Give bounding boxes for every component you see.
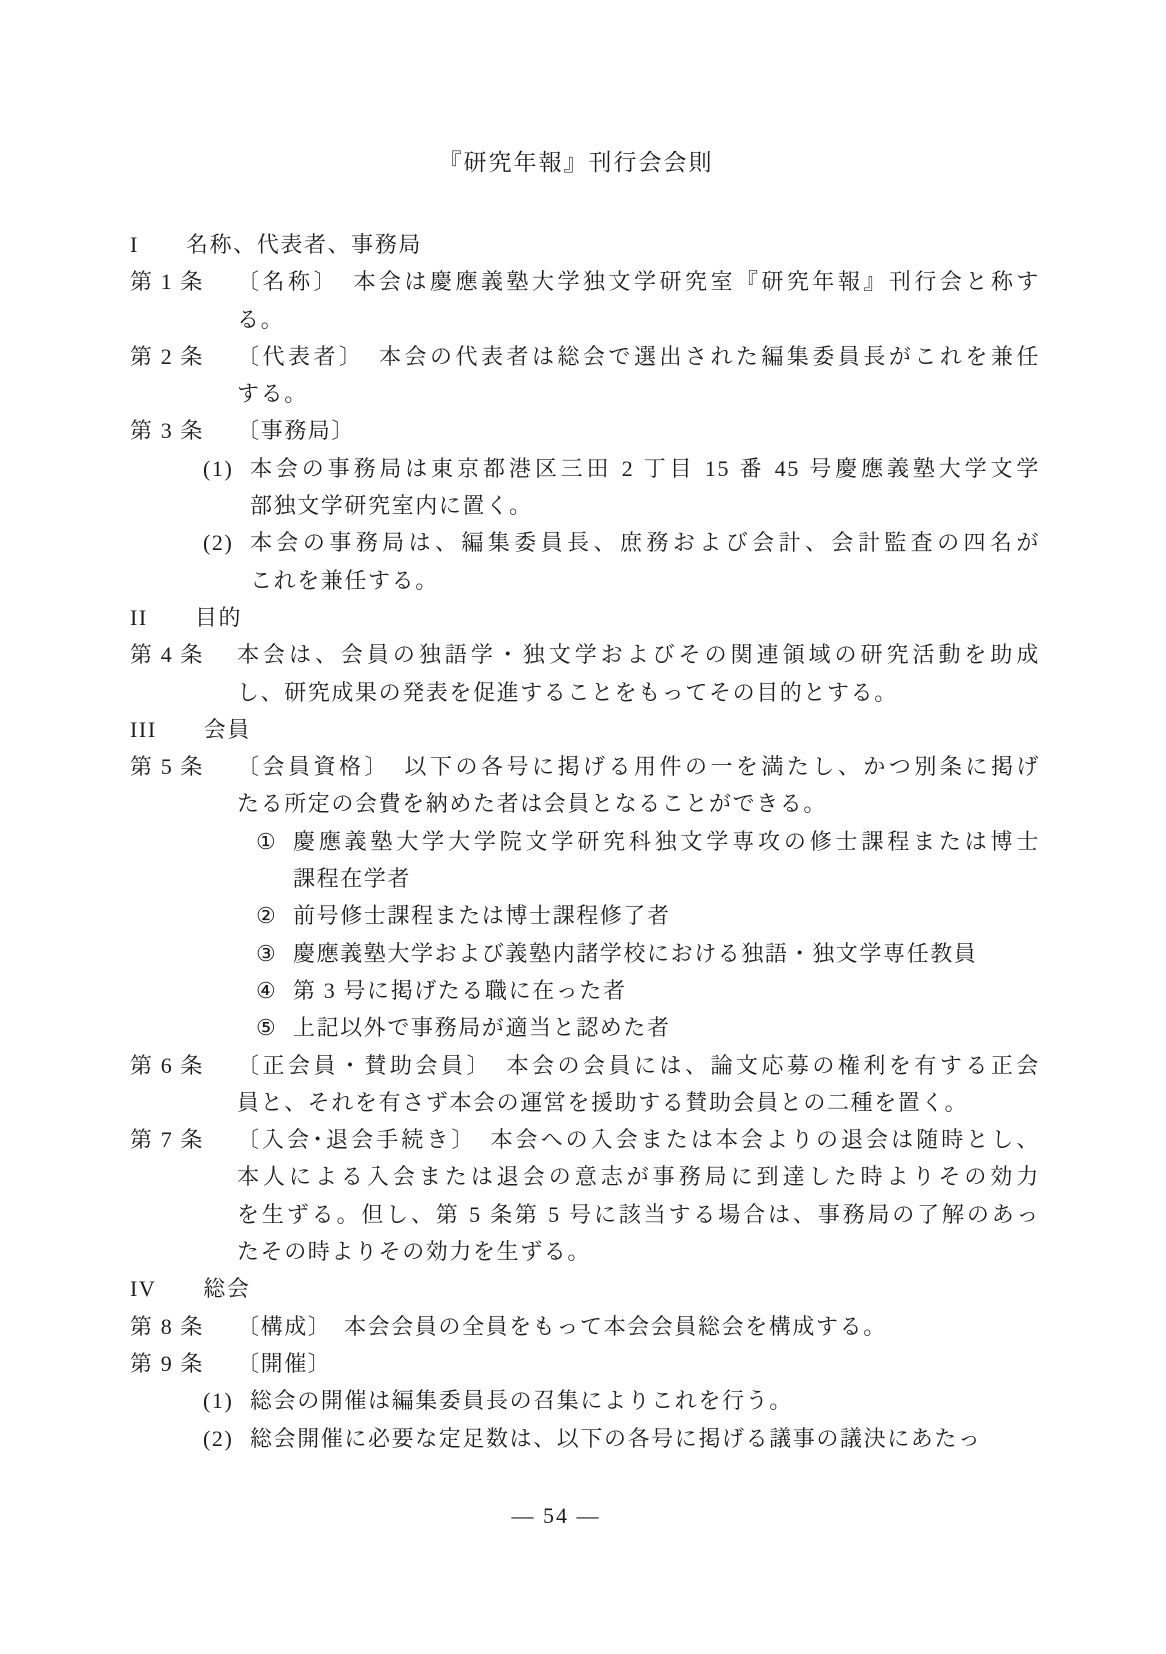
text-line: 本会は、会員の独語学・独文学およびその関連領域の研究活動を助成 xyxy=(237,636,1040,673)
article-number: 第 1 条 xyxy=(130,263,237,300)
document-page: 『研究年報』刊行会会則 I名称、代表者、事務局第 1 条〔名称〕 本会は慶應義塾… xyxy=(0,0,1166,1654)
text-line: 〔代表者〕 本会の代表者は総会で選出された編集委員長がこれを兼任 xyxy=(237,338,1040,375)
text-line: 総会の開催は編集委員長の召集によりこれを行う。 xyxy=(250,1382,1040,1419)
paragraph: 上記以外で事務局が適当と認めた者 xyxy=(293,1009,1040,1046)
circled-item-row: ⑤上記以外で事務局が適当と認めた者 xyxy=(256,1009,1040,1046)
section-row: III会員 xyxy=(130,711,1040,748)
section-row: IV総会 xyxy=(130,1270,1040,1307)
article-number: 第 6 条 xyxy=(130,1047,237,1084)
numbered-item-row: (1)本会の事務局は東京都港区三田 2 丁目 15 番 45 号慶應義塾大学文学… xyxy=(203,450,1040,525)
item-number: (2) xyxy=(203,1420,250,1457)
text-line: 慶應義塾大学大学院文学研究科独文学専攻の修士課程または博士 xyxy=(293,823,1040,860)
section-row: I名称、代表者、事務局 xyxy=(130,226,1040,263)
paragraph: 慶應義塾大学大学院文学研究科独文学専攻の修士課程または博士課程在学者 xyxy=(293,823,1040,898)
paragraph: 本会は、会員の独語学・独文学およびその関連領域の研究活動を助成し、研究成果の発表… xyxy=(237,636,1040,711)
numbered-item-row: (1)総会の開催は編集委員長の召集によりこれを行う。 xyxy=(203,1382,1040,1419)
article-number: 第 8 条 xyxy=(130,1308,237,1345)
paragraph: 〔会員資格〕 以下の各号に掲げる用件の一を満たし、かつ別条に掲げたる所定の会費を… xyxy=(237,748,1040,823)
section-numeral: III xyxy=(130,711,157,748)
text-line: 〔正会員・賛助会員〕 本会の会員には、論文応募の権利を有する正会 xyxy=(237,1047,1040,1084)
item-number: (2) xyxy=(203,524,250,561)
circled-item-number: ⑤ xyxy=(256,1009,293,1046)
circled-item-number: ① xyxy=(256,823,293,860)
circled-item-row: ①慶應義塾大学大学院文学研究科独文学専攻の修士課程または博士課程在学者 xyxy=(256,823,1040,898)
article-number: 第 3 条 xyxy=(130,412,237,449)
article-row: 第 5 条〔会員資格〕 以下の各号に掲げる用件の一を満たし、かつ別条に掲げたる所… xyxy=(130,748,1040,823)
circled-item-row: ②前号修士課程または博士課程修了者 xyxy=(256,897,1040,934)
article-number: 第 7 条 xyxy=(130,1121,237,1158)
paragraph: 〔構成〕 本会会員の全員をもって本会会員総会を構成する。 xyxy=(237,1308,1040,1345)
section-numeral: II xyxy=(130,599,148,636)
document-body: I名称、代表者、事務局第 1 条〔名称〕 本会は慶應義塾大学独文学研究室『研究年… xyxy=(0,0,1166,1457)
article-number: 第 4 条 xyxy=(130,636,237,673)
circled-item-row: ③慶應義塾大学および義塾内諸学校における独語・独文学専任教員 xyxy=(256,935,1040,972)
text-line: し、研究成果の発表を促進することをもってその目的とする。 xyxy=(237,674,1040,711)
text-line: 〔構成〕 本会会員の全員をもって本会会員総会を構成する。 xyxy=(237,1308,1040,1345)
text-line: これを兼任する。 xyxy=(250,562,1040,599)
text-line: 名称、代表者、事務局 xyxy=(186,226,422,263)
numbered-item-row: (2)本会の事務局は、編集委員長、庶務および会計、会計監査の四名がこれを兼任する… xyxy=(203,524,1040,599)
article-row: 第 7 条〔入会･退会手続き〕 本会への入会または本会よりの退会は随時とし、本人… xyxy=(130,1121,1040,1270)
paragraph: 〔事務局〕 xyxy=(237,412,1040,449)
text-line: 〔開催〕 xyxy=(237,1345,1040,1382)
text-line: する。 xyxy=(237,375,1040,412)
text-line: 目的 xyxy=(195,599,242,636)
paragraph: 慶應義塾大学および義塾内諸学校における独語・独文学専任教員 xyxy=(293,935,1040,972)
paragraph: 第 3 号に掲げたる職に在った者 xyxy=(293,972,1040,1009)
text-line: 課程在学者 xyxy=(293,860,1040,897)
article-number: 第 2 条 xyxy=(130,338,237,375)
paragraph: 〔名称〕 本会は慶應義塾大学独文学研究室『研究年報』刊行会と称する。 xyxy=(237,263,1040,338)
paragraph: 総会の開催は編集委員長の召集によりこれを行う。 xyxy=(250,1382,1040,1419)
section-heading: 名称、代表者、事務局 xyxy=(186,226,422,263)
page-number: — 54 — xyxy=(130,1503,982,1529)
numbered-item-row: (2)総会開催に必要な定足数は、以下の各号に掲げる議事の議決にあたっ xyxy=(203,1420,1040,1457)
item-number: (1) xyxy=(203,1382,250,1419)
article-number: 第 9 条 xyxy=(130,1345,237,1382)
text-line: 〔名称〕 本会は慶應義塾大学独文学研究室『研究年報』刊行会と称す xyxy=(237,263,1040,300)
article-row: 第 3 条〔事務局〕 xyxy=(130,412,1040,449)
text-line: 上記以外で事務局が適当と認めた者 xyxy=(293,1009,1040,1046)
article-row: 第 9 条〔開催〕 xyxy=(130,1345,1040,1382)
text-line: 〔事務局〕 xyxy=(237,412,1040,449)
text-line: 〔入会･退会手続き〕 本会への入会または本会よりの退会は随時とし、 xyxy=(237,1121,1040,1158)
text-line: 本会の事務局は東京都港区三田 2 丁目 15 番 45 号慶應義塾大学文学 xyxy=(250,450,1040,487)
section-heading: 総会 xyxy=(203,1270,250,1307)
paragraph: 前号修士課程または博士課程修了者 xyxy=(293,897,1040,934)
article-row: 第 8 条〔構成〕 本会会員の全員をもって本会会員総会を構成する。 xyxy=(130,1308,1040,1345)
section-numeral: IV xyxy=(130,1270,156,1307)
circled-item-number: ④ xyxy=(256,972,293,1009)
paragraph: 〔代表者〕 本会の代表者は総会で選出された編集委員長がこれを兼任する。 xyxy=(237,338,1040,413)
text-line: 総会開催に必要な定足数は、以下の各号に掲げる議事の議決にあたっ xyxy=(250,1420,1040,1457)
text-line: 〔会員資格〕 以下の各号に掲げる用件の一を満たし、かつ別条に掲げ xyxy=(237,748,1040,785)
text-line: 部独文学研究室内に置く。 xyxy=(250,487,1040,524)
text-line: 員と、それを有さず本会の運営を援助する賛助会員との二種を置く。 xyxy=(237,1084,1040,1121)
article-row: 第 4 条本会は、会員の独語学・独文学およびその関連領域の研究活動を助成し、研究… xyxy=(130,636,1040,711)
paragraph: 総会開催に必要な定足数は、以下の各号に掲げる議事の議決にあたっ xyxy=(250,1420,1040,1457)
text-line: る。 xyxy=(237,301,1040,338)
article-row: 第 1 条〔名称〕 本会は慶應義塾大学独文学研究室『研究年報』刊行会と称する。 xyxy=(130,263,1040,338)
text-line: を生ずる。但し、第 5 条第 5 号に該当する場合は、事務局の了解のあっ xyxy=(237,1196,1040,1233)
circled-item-row: ④第 3 号に掲げたる職に在った者 xyxy=(256,972,1040,1009)
section-numeral: I xyxy=(130,226,139,263)
paragraph: 〔入会･退会手続き〕 本会への入会または本会よりの退会は随時とし、本人による入会… xyxy=(237,1121,1040,1270)
text-line: 総会 xyxy=(203,1270,250,1307)
paragraph: 〔開催〕 xyxy=(237,1345,1040,1382)
article-row: 第 6 条〔正会員・賛助会員〕 本会の会員には、論文応募の権利を有する正会員と、… xyxy=(130,1047,1040,1122)
paragraph: 〔正会員・賛助会員〕 本会の会員には、論文応募の権利を有する正会員と、それを有さ… xyxy=(237,1047,1040,1122)
text-line: 第 3 号に掲げたる職に在った者 xyxy=(293,972,1040,1009)
paragraph: 本会の事務局は東京都港区三田 2 丁目 15 番 45 号慶應義塾大学文学部独文… xyxy=(250,450,1040,525)
article-row: 第 2 条〔代表者〕 本会の代表者は総会で選出された編集委員長がこれを兼任する。 xyxy=(130,338,1040,413)
circled-item-number: ③ xyxy=(256,935,293,972)
article-number: 第 5 条 xyxy=(130,748,237,785)
text-line: たその時よりその効力を生ずる。 xyxy=(237,1233,1040,1270)
paragraph: 本会の事務局は、編集委員長、庶務および会計、会計監査の四名がこれを兼任する。 xyxy=(250,524,1040,599)
section-heading: 会員 xyxy=(204,711,251,748)
section-heading: 目的 xyxy=(195,599,242,636)
item-number: (1) xyxy=(203,450,250,487)
circled-item-number: ② xyxy=(256,897,293,934)
text-line: 本会の事務局は、編集委員長、庶務および会計、会計監査の四名が xyxy=(250,524,1040,561)
section-row: II目的 xyxy=(130,599,1040,636)
text-line: たる所定の会費を納めた者は会員となることができる。 xyxy=(237,785,1040,822)
text-line: 慶應義塾大学および義塾内諸学校における独語・独文学専任教員 xyxy=(293,935,1040,972)
text-line: 会員 xyxy=(204,711,251,748)
text-line: 本人による入会または退会の意志が事務局に到達した時よりその効力 xyxy=(237,1158,1040,1195)
text-line: 前号修士課程または博士課程修了者 xyxy=(293,897,1040,934)
